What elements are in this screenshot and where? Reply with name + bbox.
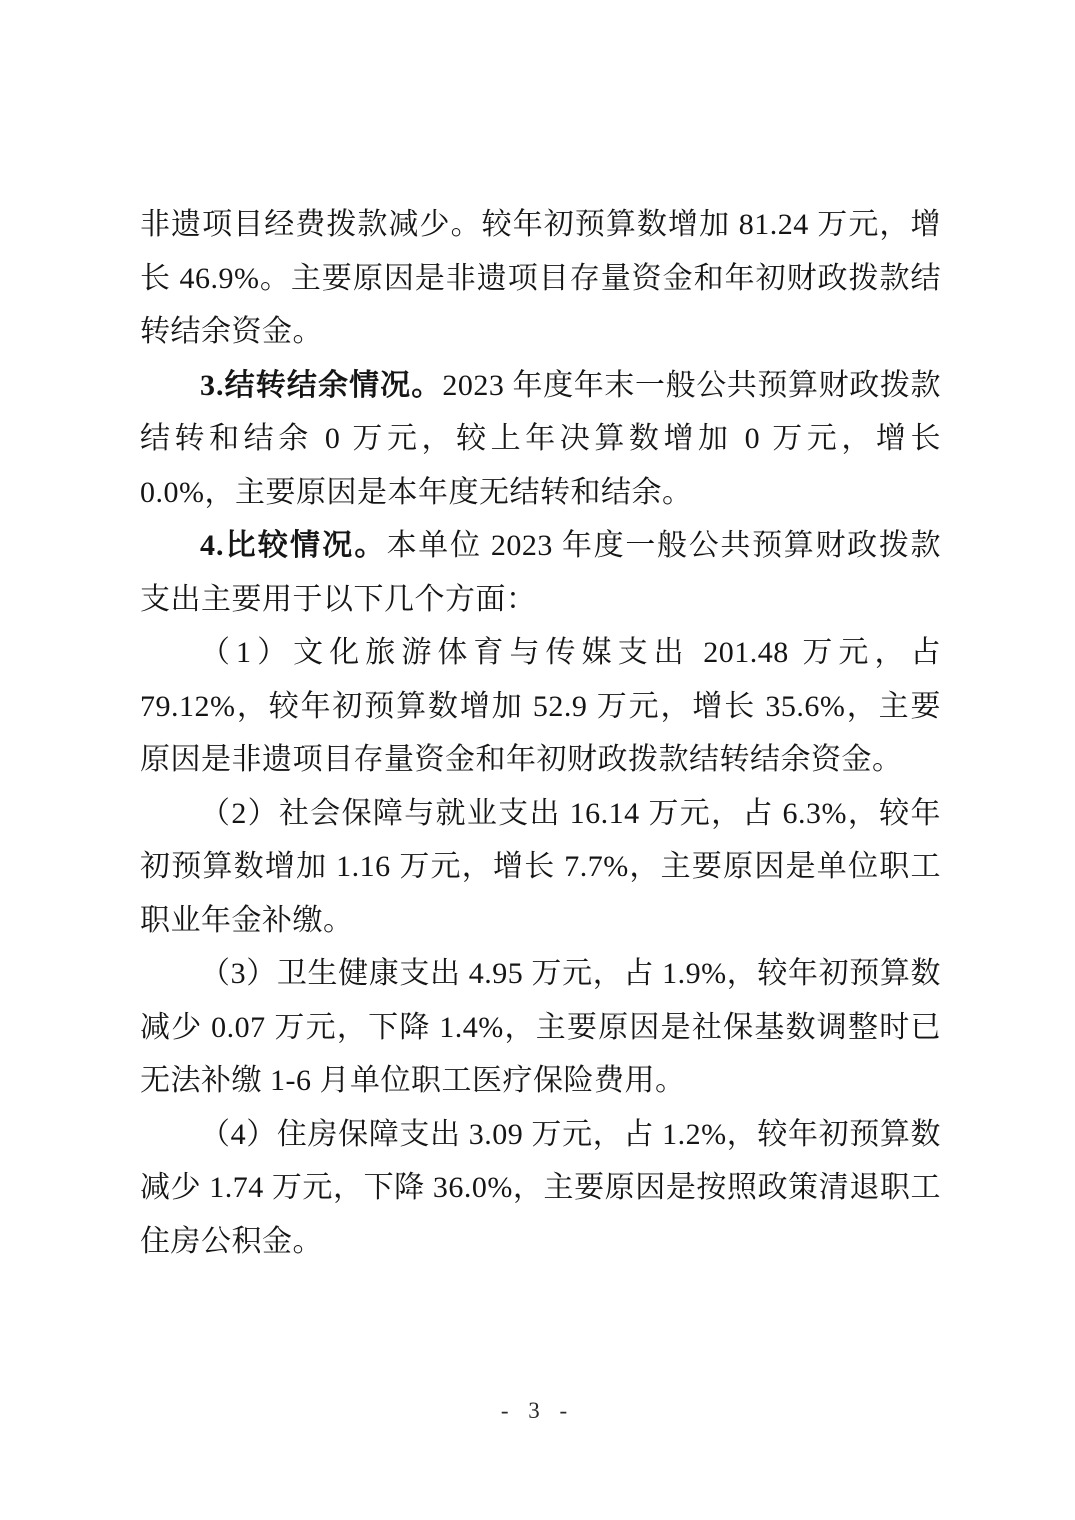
page-number: - 3 - — [501, 1398, 574, 1423]
paragraph-item-4: （4）住房保障支出 3.09 万元，占 1.2%，较年初预算数减少 1.74 万… — [140, 1108, 941, 1269]
page-footer: - 3 - — [0, 1398, 1075, 1424]
paragraph-text: （1）文化旅游体育与传媒支出 201.48 万元，占 79.12%，较年初预算数… — [140, 636, 941, 776]
paragraph-section-4: 4.比较情况。本单位 2023 年度一般公共预算财政拨款支出主要用于以下几个方面… — [140, 519, 941, 626]
paragraph-item-3: （3）卫生健康支出 4.95 万元，占 1.9%，较年初预算数减少 0.07 万… — [140, 947, 941, 1108]
paragraph-section-3: 3.结转结余情况。2023 年度年末一般公共预算财政拨款结转和结余 0 万元，较… — [140, 359, 941, 520]
section-heading-4: 4.比较情况。 — [200, 529, 387, 562]
document-body: 非遗项目经费拨款减少。较年初预算数增加 81.24 万元，增长 46.9%。主要… — [140, 198, 941, 1268]
section-heading-3: 3.结转结余情况。 — [200, 369, 442, 402]
paragraph-item-2: （2）社会保障与就业支出 16.14 万元，占 6.3%，较年初预算数增加 1.… — [140, 787, 941, 948]
paragraph-text: （2）社会保障与就业支出 16.14 万元，占 6.3%，较年初预算数增加 1.… — [140, 797, 941, 937]
paragraph-text: 非遗项目经费拨款减少。较年初预算数增加 81.24 万元，增长 46.9%。主要… — [140, 208, 941, 348]
paragraph-item-1: （1）文化旅游体育与传媒支出 201.48 万元，占 79.12%，较年初预算数… — [140, 626, 941, 787]
paragraph-text: （4）住房保障支出 3.09 万元，占 1.2%，较年初预算数减少 1.74 万… — [140, 1118, 941, 1258]
paragraph-continuation: 非遗项目经费拨款减少。较年初预算数增加 81.24 万元，增长 46.9%。主要… — [140, 198, 941, 359]
paragraph-text: （3）卫生健康支出 4.95 万元，占 1.9%，较年初预算数减少 0.07 万… — [140, 957, 941, 1097]
document-page: 非遗项目经费拨款减少。较年初预算数增加 81.24 万元，增长 46.9%。主要… — [0, 0, 1075, 1520]
